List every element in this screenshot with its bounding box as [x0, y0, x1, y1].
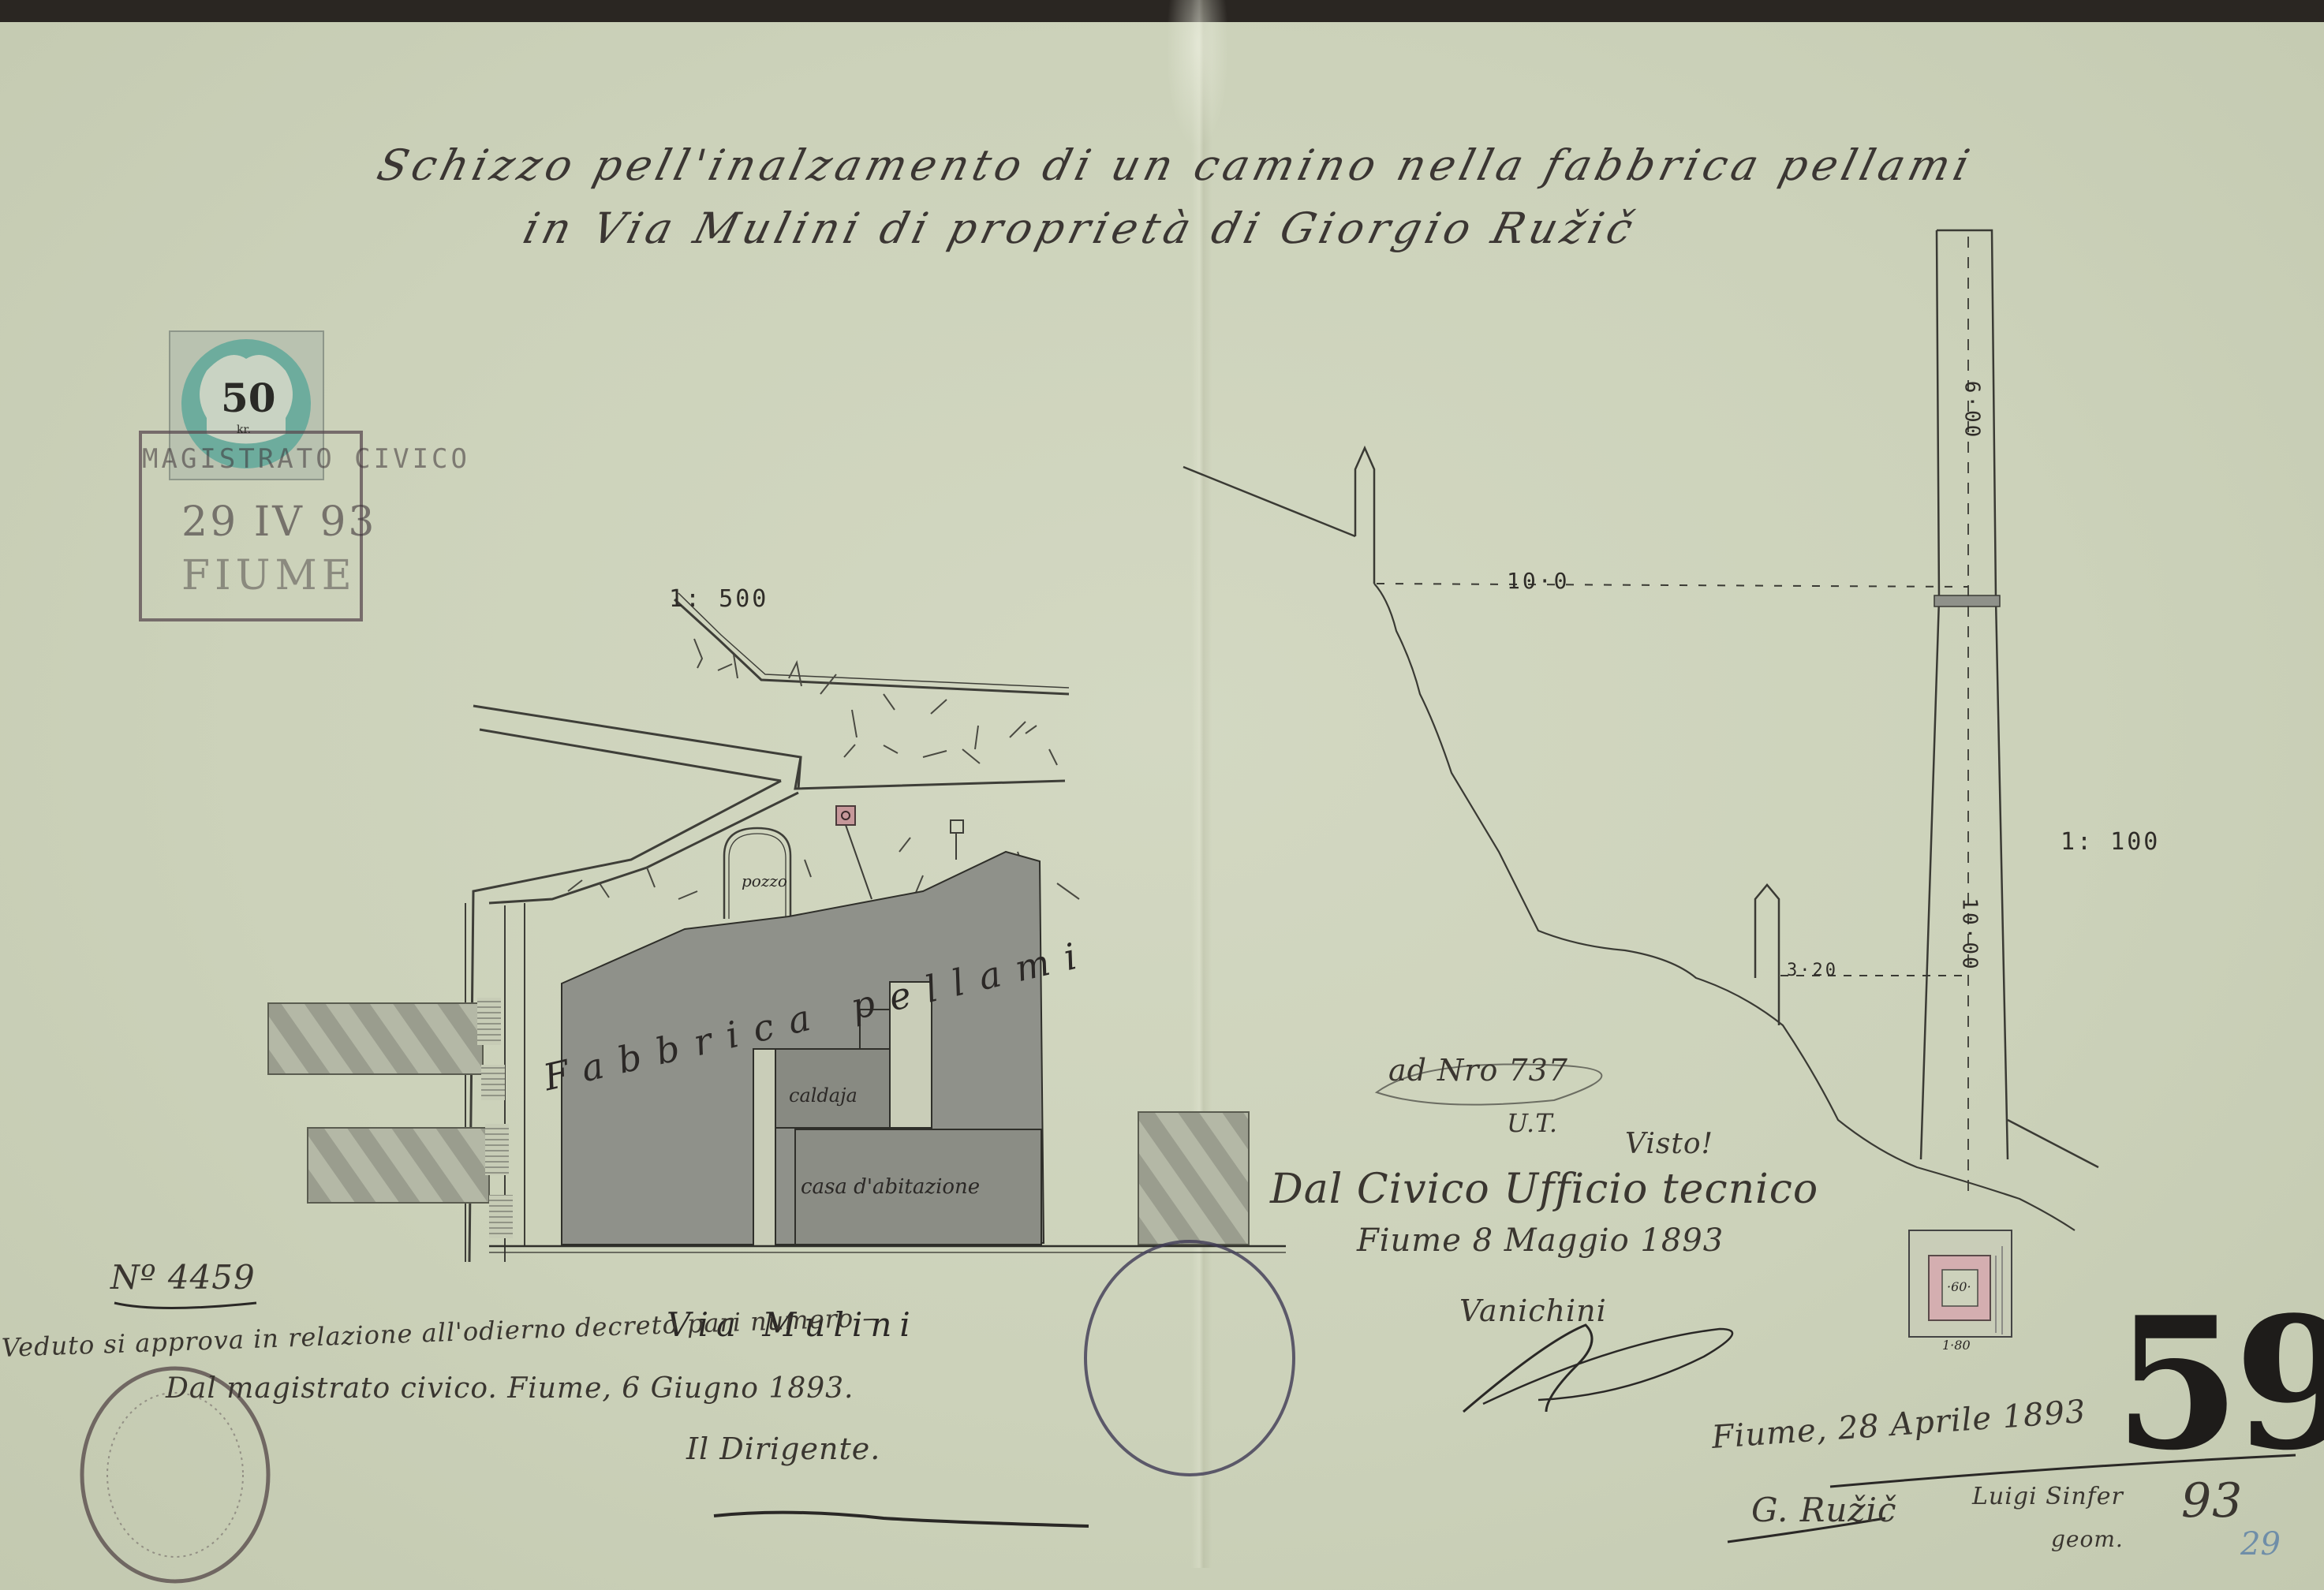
- dim-horizontal-top: 10·0: [1507, 568, 1569, 594]
- document-title-line1: Schizzo pell'inalzamento di un camino ne…: [372, 140, 1978, 190]
- well-label: pozzo: [742, 872, 787, 890]
- dim-vertical-upper: 6·00: [1960, 381, 1983, 440]
- reference-initials: U.T.: [1507, 1108, 1558, 1138]
- plan-scale: 1: 500: [669, 585, 768, 613]
- protocol-number: Nº 4459: [110, 1258, 256, 1297]
- approval-signer-title: Il Dirigente.: [686, 1431, 880, 1466]
- office-signature: Vanichini: [1459, 1293, 1607, 1328]
- office-date: Fiume 8 Maggio 1893: [1357, 1222, 1724, 1259]
- builder-role: geom.: [2051, 1526, 2124, 1552]
- base-outer-dim: 1·80: [1942, 1338, 1971, 1353]
- base-inner-dim: ·60·: [1947, 1279, 1971, 1294]
- approval-text-line2: Dal magistrato civico. Fiume, 6 Giugno 1…: [166, 1372, 854, 1405]
- sheet-number: 59: [2114, 1293, 2324, 1475]
- archive-number: 29: [2240, 1526, 2281, 1562]
- cancellation-city: FIUME: [181, 552, 357, 599]
- stamp-unit: kr.: [237, 424, 251, 436]
- boiler-label: caldaja: [789, 1084, 857, 1107]
- cancellation-office: MAGISTRATO CIVICO: [142, 443, 470, 475]
- seals: [82, 1241, 1294, 1581]
- stamp-value: 50: [221, 375, 276, 421]
- cancellation-date: 29 IV 93: [181, 498, 377, 546]
- document-title-line2: in Via Mulini di proprietà di Giorgio Ru…: [518, 203, 1642, 253]
- owner-signature: G. Ružič: [1751, 1491, 1897, 1529]
- reference-number: ad Nro 737: [1388, 1053, 1568, 1088]
- builder-signature: Luigi Sinfer: [1972, 1483, 2124, 1510]
- visto-mark: Visto!: [1625, 1128, 1713, 1160]
- office-line: Dal Civico Ufficio tecnico: [1270, 1166, 1818, 1213]
- elevation-scale: 1: 100: [2061, 828, 2160, 856]
- dim-horizontal-low: 3·20: [1787, 961, 1838, 980]
- dim-vertical-lower: 10·00: [1958, 898, 1982, 971]
- house-label: casa d'abitazione: [801, 1175, 980, 1199]
